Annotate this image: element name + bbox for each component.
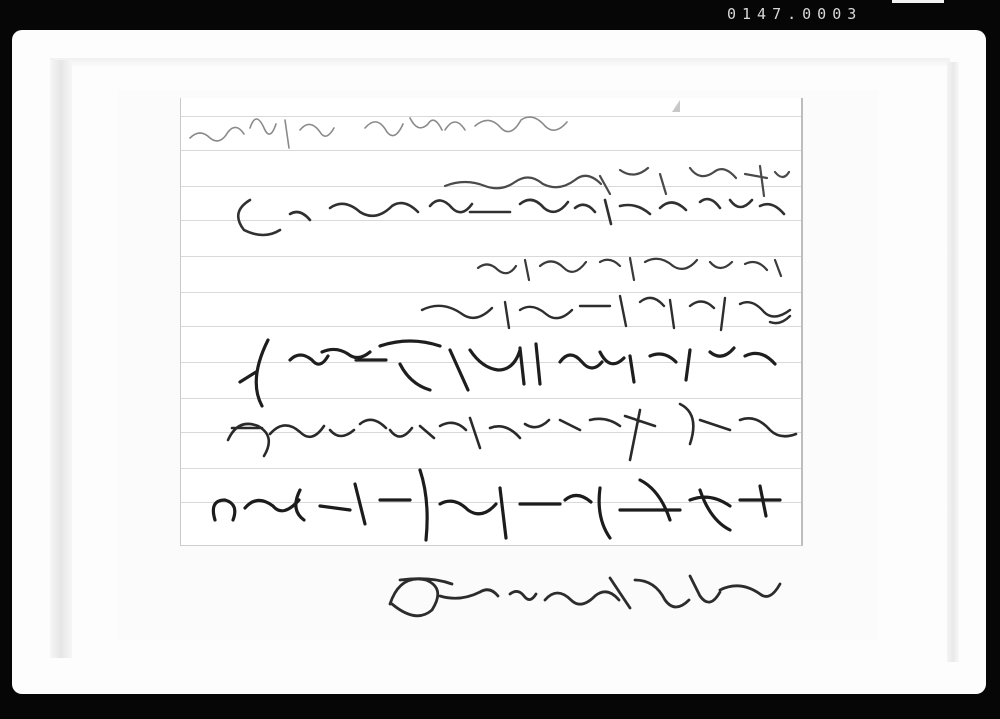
handwriting-line-9 <box>390 576 780 616</box>
handwriting-line-5 <box>422 296 790 330</box>
handwriting-line-4 <box>478 258 781 280</box>
handwriting-line-1 <box>190 117 567 148</box>
handwriting-line-2 <box>445 166 789 196</box>
handwriting-line-3 <box>238 199 784 235</box>
handwritten-text-image <box>0 0 1000 719</box>
handwriting-line-8 <box>213 470 780 540</box>
handwriting-line-6 <box>240 340 775 406</box>
handwriting-line-7 <box>228 404 796 460</box>
